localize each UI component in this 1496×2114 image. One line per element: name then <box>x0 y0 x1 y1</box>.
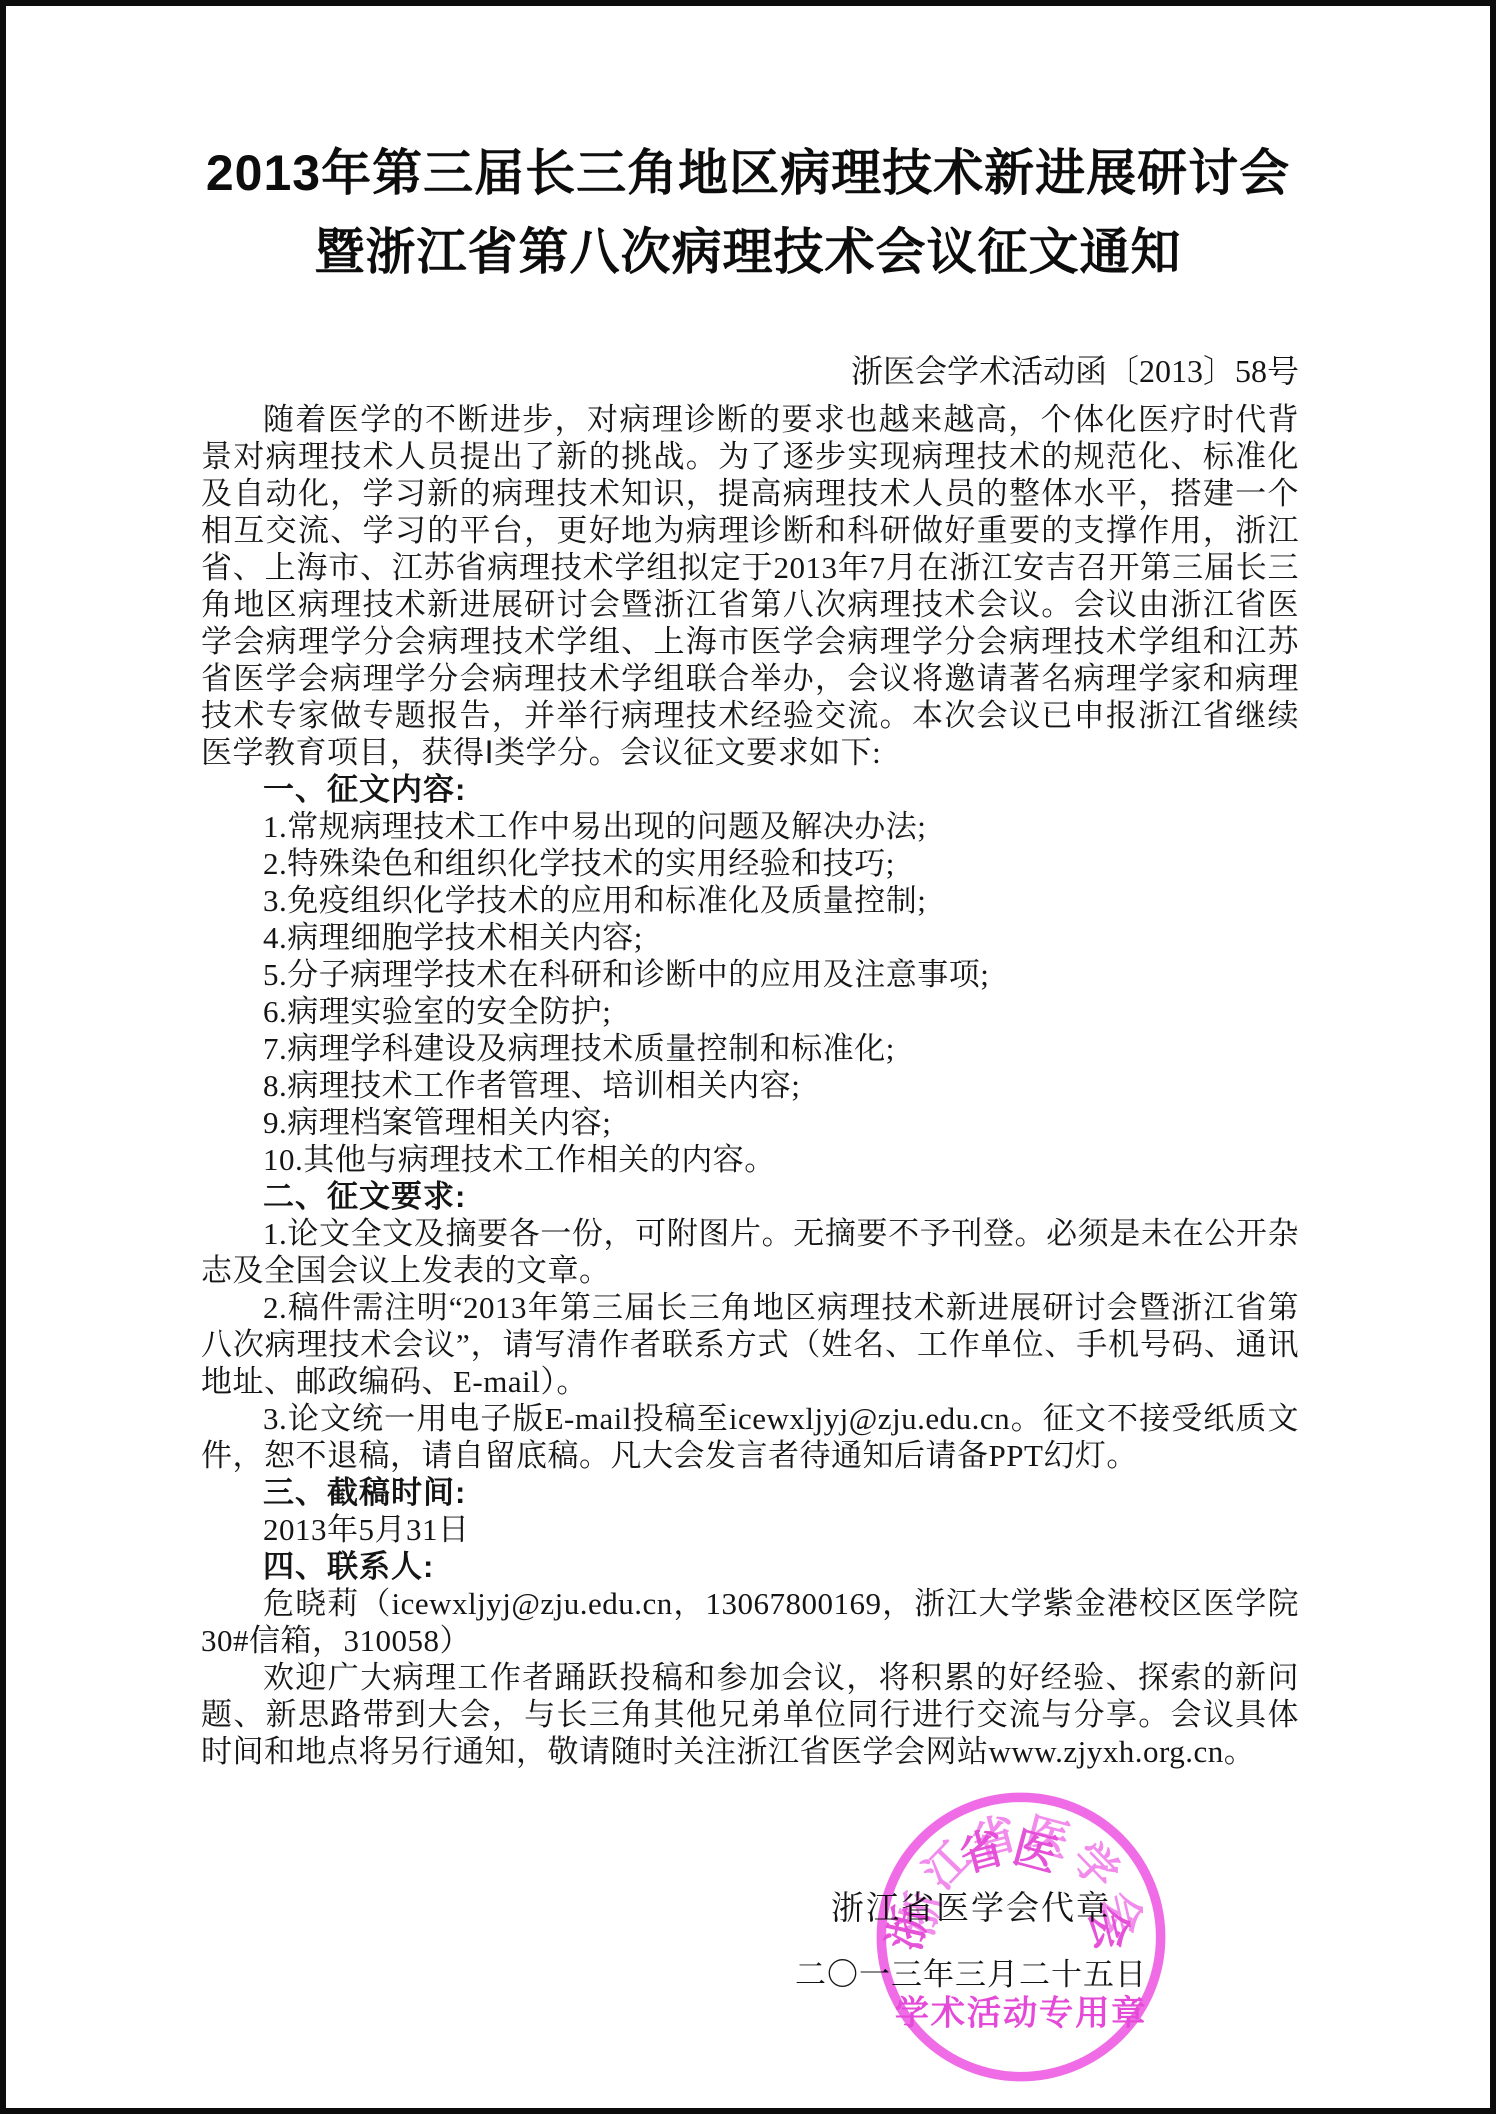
section-heading-content: 一、征文内容: <box>201 771 1299 808</box>
content-item-1: 1.常规病理技术工作中易出现的问题及解决办法; <box>201 808 1299 845</box>
title-line-1: 2013年第三届长三角地区病理技术新进展研讨会 <box>6 134 1490 213</box>
section-heading-contact: 四、联系人: <box>201 1548 1299 1585</box>
closing-paragraph: 欢迎广大病理工作者踊跃投稿和参加会议，将积累的好经验、探索的新问题、新思路带到大… <box>201 1659 1299 1770</box>
stamp-ring-char: 医 <box>1008 1823 1063 1882</box>
content-item-6: 6.病理实验室的安全防护; <box>201 993 1299 1030</box>
content-item-7: 7.病理学科建设及病理技术质量控制和标准化; <box>201 1030 1299 1067</box>
content-item-3: 3.免疫组织化学技术的应用和标准化及质量控制; <box>201 882 1299 919</box>
document-page: 2013年第三届长三角地区病理技术新进展研讨会 暨浙江省第八次病理技术会议征文通… <box>0 0 1496 2114</box>
section-heading-deadline: 三、截稿时间: <box>201 1474 1299 1511</box>
title-line-2: 暨浙江省第八次病理技术会议征文通知 <box>6 213 1490 292</box>
content-item-10: 10.其他与病理技术工作相关的内容。 <box>201 1141 1299 1178</box>
content-item-5: 5.分子病理学技术在科研和诊断中的应用及注意事项; <box>201 956 1299 993</box>
content-item-2: 2.特殊染色和组织化学技术的实用经验和技巧; <box>201 845 1299 882</box>
section-heading-requirements: 二、征文要求: <box>201 1178 1299 1215</box>
contact-detail: 危晓莉（icewxljyj@zju.edu.cn，13067800169，浙江大… <box>201 1585 1299 1659</box>
content-item-4: 4.病理细胞学技术相关内容; <box>201 919 1299 956</box>
content-item-9: 9.病理档案管理相关内容; <box>201 1104 1299 1141</box>
reference-number: 浙医会学术活动函〔2013〕58号 <box>6 348 1490 394</box>
intro-paragraph: 随着医学的不断进步，对病理诊断的要求也越来越高，个体化医疗时代背景对病理技术人员… <box>201 401 1299 771</box>
official-seal-stamp: 浙 江 省 医 学 会 浙 省 医 会 学术活动专用章 <box>869 1785 1173 2089</box>
document-body: 随着医学的不断进步，对病理诊断的要求也越来越高，个体化医疗时代背景对病理技术人员… <box>6 401 1490 1770</box>
requirement-paragraph-3: 3.论文统一用电子版E-mail投稿至icewxljyj@zju.edu.cn。… <box>201 1400 1299 1474</box>
stamp-ring-char: 会 <box>1080 1901 1138 1955</box>
stamp-bottom-text: 学术活动专用章 <box>895 1993 1148 2032</box>
document-title: 2013年第三届长三角地区病理技术新进展研讨会 暨浙江省第八次病理技术会议征文通… <box>6 134 1490 292</box>
content-item-8: 8.病理技术工作者管理、培训相关内容; <box>201 1067 1299 1104</box>
requirement-paragraph-2: 2.稿件需注明“2013年第三届长三角地区病理技术新进展研讨会暨浙江省第八次病理… <box>201 1289 1299 1400</box>
requirement-paragraph-1: 1.论文全文及摘要各一份，可附图片。无摘要不予刊登。必须是未在公开杂志及全国会议… <box>201 1215 1299 1289</box>
deadline-date: 2013年5月31日 <box>201 1511 1299 1548</box>
